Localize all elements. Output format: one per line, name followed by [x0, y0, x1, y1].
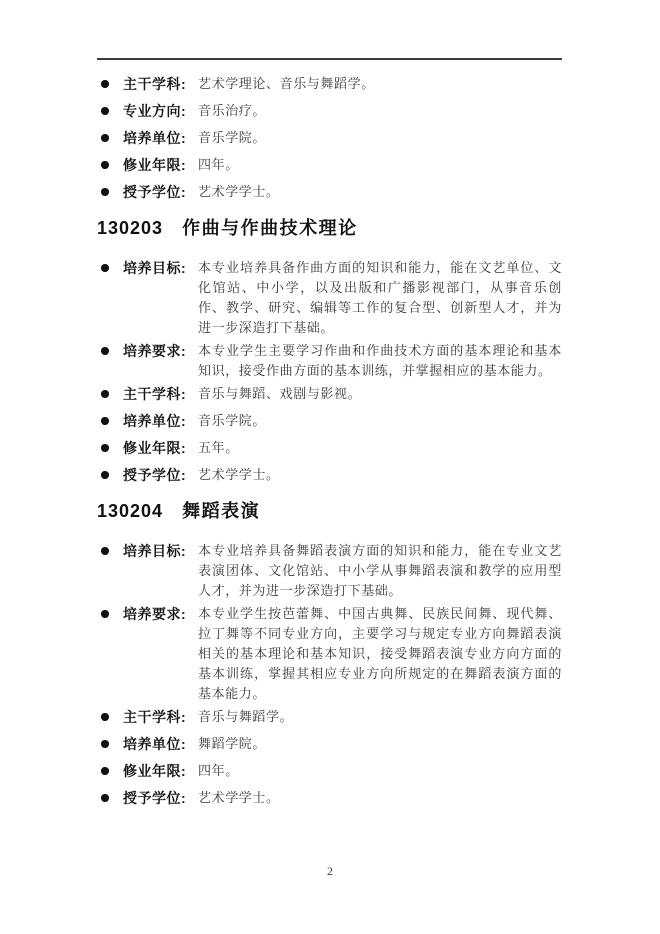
item-label: 修业年限:	[123, 155, 198, 175]
item-text: 艺术学学士。	[198, 182, 562, 202]
item-label: 授予学位:	[123, 182, 198, 202]
item-label: 主干学科:	[123, 707, 198, 727]
list-item: 主干学科: 艺术学理论、音乐与舞蹈学。	[101, 74, 562, 94]
item-text: 音乐与舞蹈学。	[198, 707, 562, 727]
bullet-icon	[101, 258, 123, 272]
item-text: 本专业学生按芭蕾舞、中国古典舞、民族民间舞、现代舞、拉丁舞等不同专业方向，主要学…	[198, 604, 562, 704]
bullet-icon	[101, 182, 123, 196]
item-label: 培养单位:	[123, 734, 198, 754]
bullet-icon	[101, 128, 123, 142]
list-item: 培养要求: 本专业学生主要学习作曲和作曲技术方面的基本理论和基本知识，接受作曲方…	[101, 341, 562, 381]
item-label: 培养目标:	[123, 258, 198, 278]
item-label: 专业方向:	[123, 101, 198, 121]
list-item: 培养单位: 舞蹈学院。	[101, 734, 562, 754]
item-label: 培养单位:	[123, 128, 198, 148]
bullet-icon	[101, 74, 123, 88]
item-label: 修业年限:	[123, 438, 198, 458]
item-label: 培养单位:	[123, 411, 198, 431]
item-label: 培养目标:	[123, 541, 198, 561]
bullet-icon	[101, 541, 123, 555]
item-text: 本专业培养具备舞蹈表演方面的知识和能力，能在专业文艺表演团体、文化馆站、中小学从…	[198, 541, 562, 601]
item-label: 主干学科:	[123, 384, 198, 404]
list-item: 培养单位: 音乐学院。	[101, 411, 562, 431]
bullet-icon	[101, 788, 123, 802]
bullet-icon	[101, 438, 123, 452]
item-text: 本专业学生主要学习作曲和作曲技术方面的基本理论和基本知识，接受作曲方面的基本训练…	[198, 341, 562, 381]
bullet-icon	[101, 604, 123, 618]
header-rule	[97, 58, 562, 60]
bullet-icon	[101, 101, 123, 115]
item-text: 艺术学理论、音乐与舞蹈学。	[198, 74, 562, 94]
item-text: 艺术学学士。	[198, 465, 562, 485]
item-text: 本专业培养具备作曲方面的知识和能力，能在文艺单位、文化馆站、中小学，以及出版和广…	[198, 258, 562, 338]
bullet-icon	[101, 411, 123, 425]
bullet-icon	[101, 341, 123, 355]
list-item: 培养单位: 音乐学院。	[101, 128, 562, 148]
item-text: 音乐学院。	[198, 128, 562, 148]
item-text: 音乐治疗。	[198, 101, 562, 121]
item-text: 四年。	[198, 761, 562, 781]
item-label: 培养要求:	[123, 341, 198, 361]
bullet-icon	[101, 734, 123, 748]
item-label: 主干学科:	[123, 74, 198, 94]
item-label: 授予学位:	[123, 465, 198, 485]
section-heading: 130203 作曲与作曲技术理论	[97, 215, 562, 241]
bullet-icon	[101, 761, 123, 775]
list-item: 培养目标: 本专业培养具备作曲方面的知识和能力，能在文艺单位、文化馆站、中小学，…	[101, 258, 562, 338]
list-item: 主干学科: 音乐与舞蹈、戏剧与影视。	[101, 384, 562, 404]
bullet-icon	[101, 384, 123, 398]
item-label: 修业年限:	[123, 761, 198, 781]
document-page: 主干学科: 艺术学理论、音乐与舞蹈学。 专业方向: 音乐治疗。 培养单位: 音乐…	[0, 0, 660, 934]
section-code: 130203	[97, 218, 163, 238]
section-title: 舞蹈表演	[182, 501, 260, 521]
item-text: 音乐学院。	[198, 411, 562, 431]
list-item: 主干学科: 音乐与舞蹈学。	[101, 707, 562, 727]
list-item: 修业年限: 五年。	[101, 438, 562, 458]
page-content: 主干学科: 艺术学理论、音乐与舞蹈学。 专业方向: 音乐治疗。 培养单位: 音乐…	[101, 74, 562, 815]
bullet-icon	[101, 707, 123, 721]
list-item: 专业方向: 音乐治疗。	[101, 101, 562, 121]
item-text: 五年。	[198, 438, 562, 458]
item-text: 四年。	[198, 155, 562, 175]
list-item: 授予学位: 艺术学学士。	[101, 465, 562, 485]
section-code: 130204	[97, 501, 163, 521]
list-item: 授予学位: 艺术学学士。	[101, 182, 562, 202]
list-item: 培养目标: 本专业培养具备舞蹈表演方面的知识和能力，能在专业文艺表演团体、文化馆…	[101, 541, 562, 601]
bullet-icon	[101, 465, 123, 479]
item-label: 培养要求:	[123, 604, 198, 624]
item-text: 音乐与舞蹈、戏剧与影视。	[198, 384, 562, 404]
item-text: 舞蹈学院。	[198, 734, 562, 754]
list-item: 授予学位: 艺术学学士。	[101, 788, 562, 808]
list-item: 培养要求: 本专业学生按芭蕾舞、中国古典舞、民族民间舞、现代舞、拉丁舞等不同专业…	[101, 604, 562, 704]
section-heading: 130204 舞蹈表演	[97, 498, 562, 524]
list-item: 修业年限: 四年。	[101, 761, 562, 781]
list-item: 修业年限: 四年。	[101, 155, 562, 175]
section-title: 作曲与作曲技术理论	[182, 218, 358, 238]
bullet-icon	[101, 155, 123, 169]
item-label: 授予学位:	[123, 788, 198, 808]
item-text: 艺术学学士。	[198, 788, 562, 808]
page-number: 2	[0, 864, 660, 879]
